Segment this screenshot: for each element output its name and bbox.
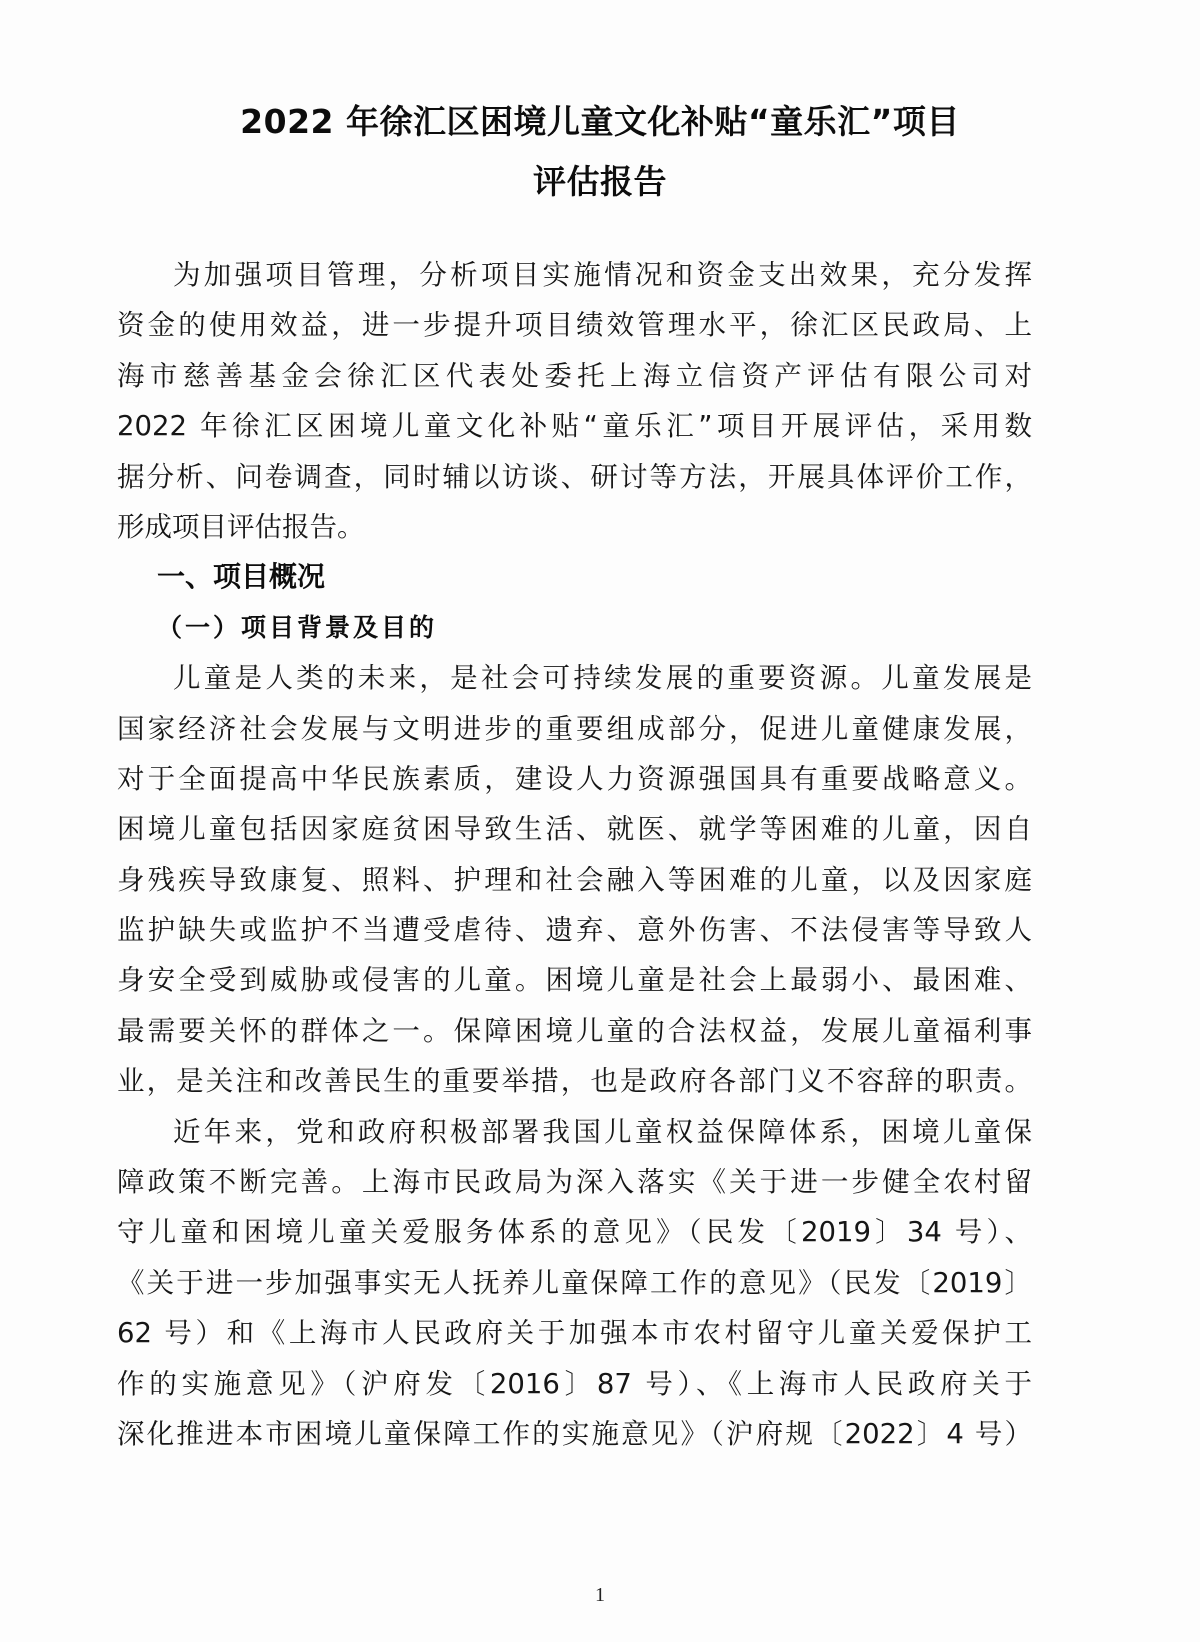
paragraph-line: 身安全受到威胁或侵害的儿童。困境儿童是社会上最弱小、最困难、 — [117, 955, 1032, 1005]
paragraph-line: 国家经济社会发展与文明进步的重要组成部分，促进儿童健康发展， — [117, 704, 1032, 754]
paragraph-line: 困境儿童包括因家庭贫困导致生活、就医、就学等困难的儿童，因自 — [117, 804, 1032, 854]
report-title-line-1: 2022 年徐汇区困境儿童文化补贴“童乐汇”项目 — [0, 92, 1200, 152]
paragraph-line: 62 号）和《上海市人民政府关于加强本市农村留守儿童关爱保护工 — [117, 1308, 1032, 1358]
paragraph-line: 资金的使用效益，进一步提升项目绩效管理水平，徐汇区民政局、上 — [117, 300, 1032, 350]
report-body: 为加强项目管理，分析项目实施情况和资金支出效果，充分发挥 资金的使用效益，进一步… — [117, 250, 1032, 1459]
paragraph-line: 据分析、问卷调查，同时辅以访谈、研讨等方法，开展具体评价工作， — [117, 452, 1032, 502]
paragraph-line: 近年来，党和政府积极部署我国儿童权益保障体系，困境儿童保 — [117, 1107, 1032, 1157]
paragraph-line: 作的实施意见》（沪府发〔2016〕87 号）、《上海市人民政府关于 — [117, 1359, 1032, 1409]
paragraph-line: 守儿童和困境儿童关爱服务体系的意见》（民发〔2019〕34 号）、 — [117, 1207, 1032, 1257]
paragraph-line: 障政策不断完善。上海市民政局为深入落实《关于进一步健全农村留 — [117, 1157, 1032, 1207]
section-heading-project-overview: 一、项目概况 — [117, 552, 1032, 602]
paragraph-line: 形成项目评估报告。 — [117, 502, 1032, 552]
document-page: 2022 年徐汇区困境儿童文化补贴“童乐汇”项目 评估报告 为加强项目管理，分析… — [0, 0, 1200, 1642]
page-number: 1 — [0, 1584, 1200, 1607]
report-title: 2022 年徐汇区困境儿童文化补贴“童乐汇”项目 评估报告 — [0, 92, 1200, 212]
paragraph-line: 《关于进一步加强事实无人抚养儿童保障工作的意见》（民发〔2019〕 — [117, 1258, 1032, 1308]
report-title-line-2: 评估报告 — [0, 152, 1200, 212]
paragraph-line: 业，是关注和改善民生的重要举措，也是政府各部门义不容辞的职责。 — [117, 1056, 1032, 1106]
paragraph-line: 监护缺失或监护不当遭受虐待、遗弃、意外伤害、不法侵害等导致人 — [117, 905, 1032, 955]
paragraph-line: 对于全面提高中华民族素质，建设人力资源强国具有重要战略意义。 — [117, 754, 1032, 804]
paragraph-line: 深化推进本市困境儿童保障工作的实施意见》（沪府规〔2022〕4 号） — [117, 1409, 1032, 1459]
intro-paragraph: 为加强项目管理，分析项目实施情况和资金支出效果，充分发挥 资金的使用效益，进一步… — [117, 250, 1032, 552]
background-paragraph-2: 近年来，党和政府积极部署我国儿童权益保障体系，困境儿童保 障政策不断完善。上海市… — [117, 1107, 1032, 1460]
paragraph-line: 2022 年徐汇区困境儿童文化补贴“童乐汇”项目开展评估，采用数 — [117, 401, 1032, 451]
paragraph-line: 为加强项目管理，分析项目实施情况和资金支出效果，充分发挥 — [117, 250, 1032, 300]
background-paragraph-1: 儿童是人类的未来，是社会可持续发展的重要资源。儿童发展是 国家经济社会发展与文明… — [117, 653, 1032, 1107]
paragraph-line: 海市慈善基金会徐汇区代表处委托上海立信资产评估有限公司对 — [117, 351, 1032, 401]
subsection-heading-background-purpose: （一）项目背景及目的 — [117, 603, 1032, 653]
paragraph-line: 儿童是人类的未来，是社会可持续发展的重要资源。儿童发展是 — [117, 653, 1032, 703]
paragraph-line: 最需要关怀的群体之一。保障困境儿童的合法权益，发展儿童福利事 — [117, 1006, 1032, 1056]
paragraph-line: 身残疾导致康复、照料、护理和社会融入等困难的儿童，以及因家庭 — [117, 855, 1032, 905]
